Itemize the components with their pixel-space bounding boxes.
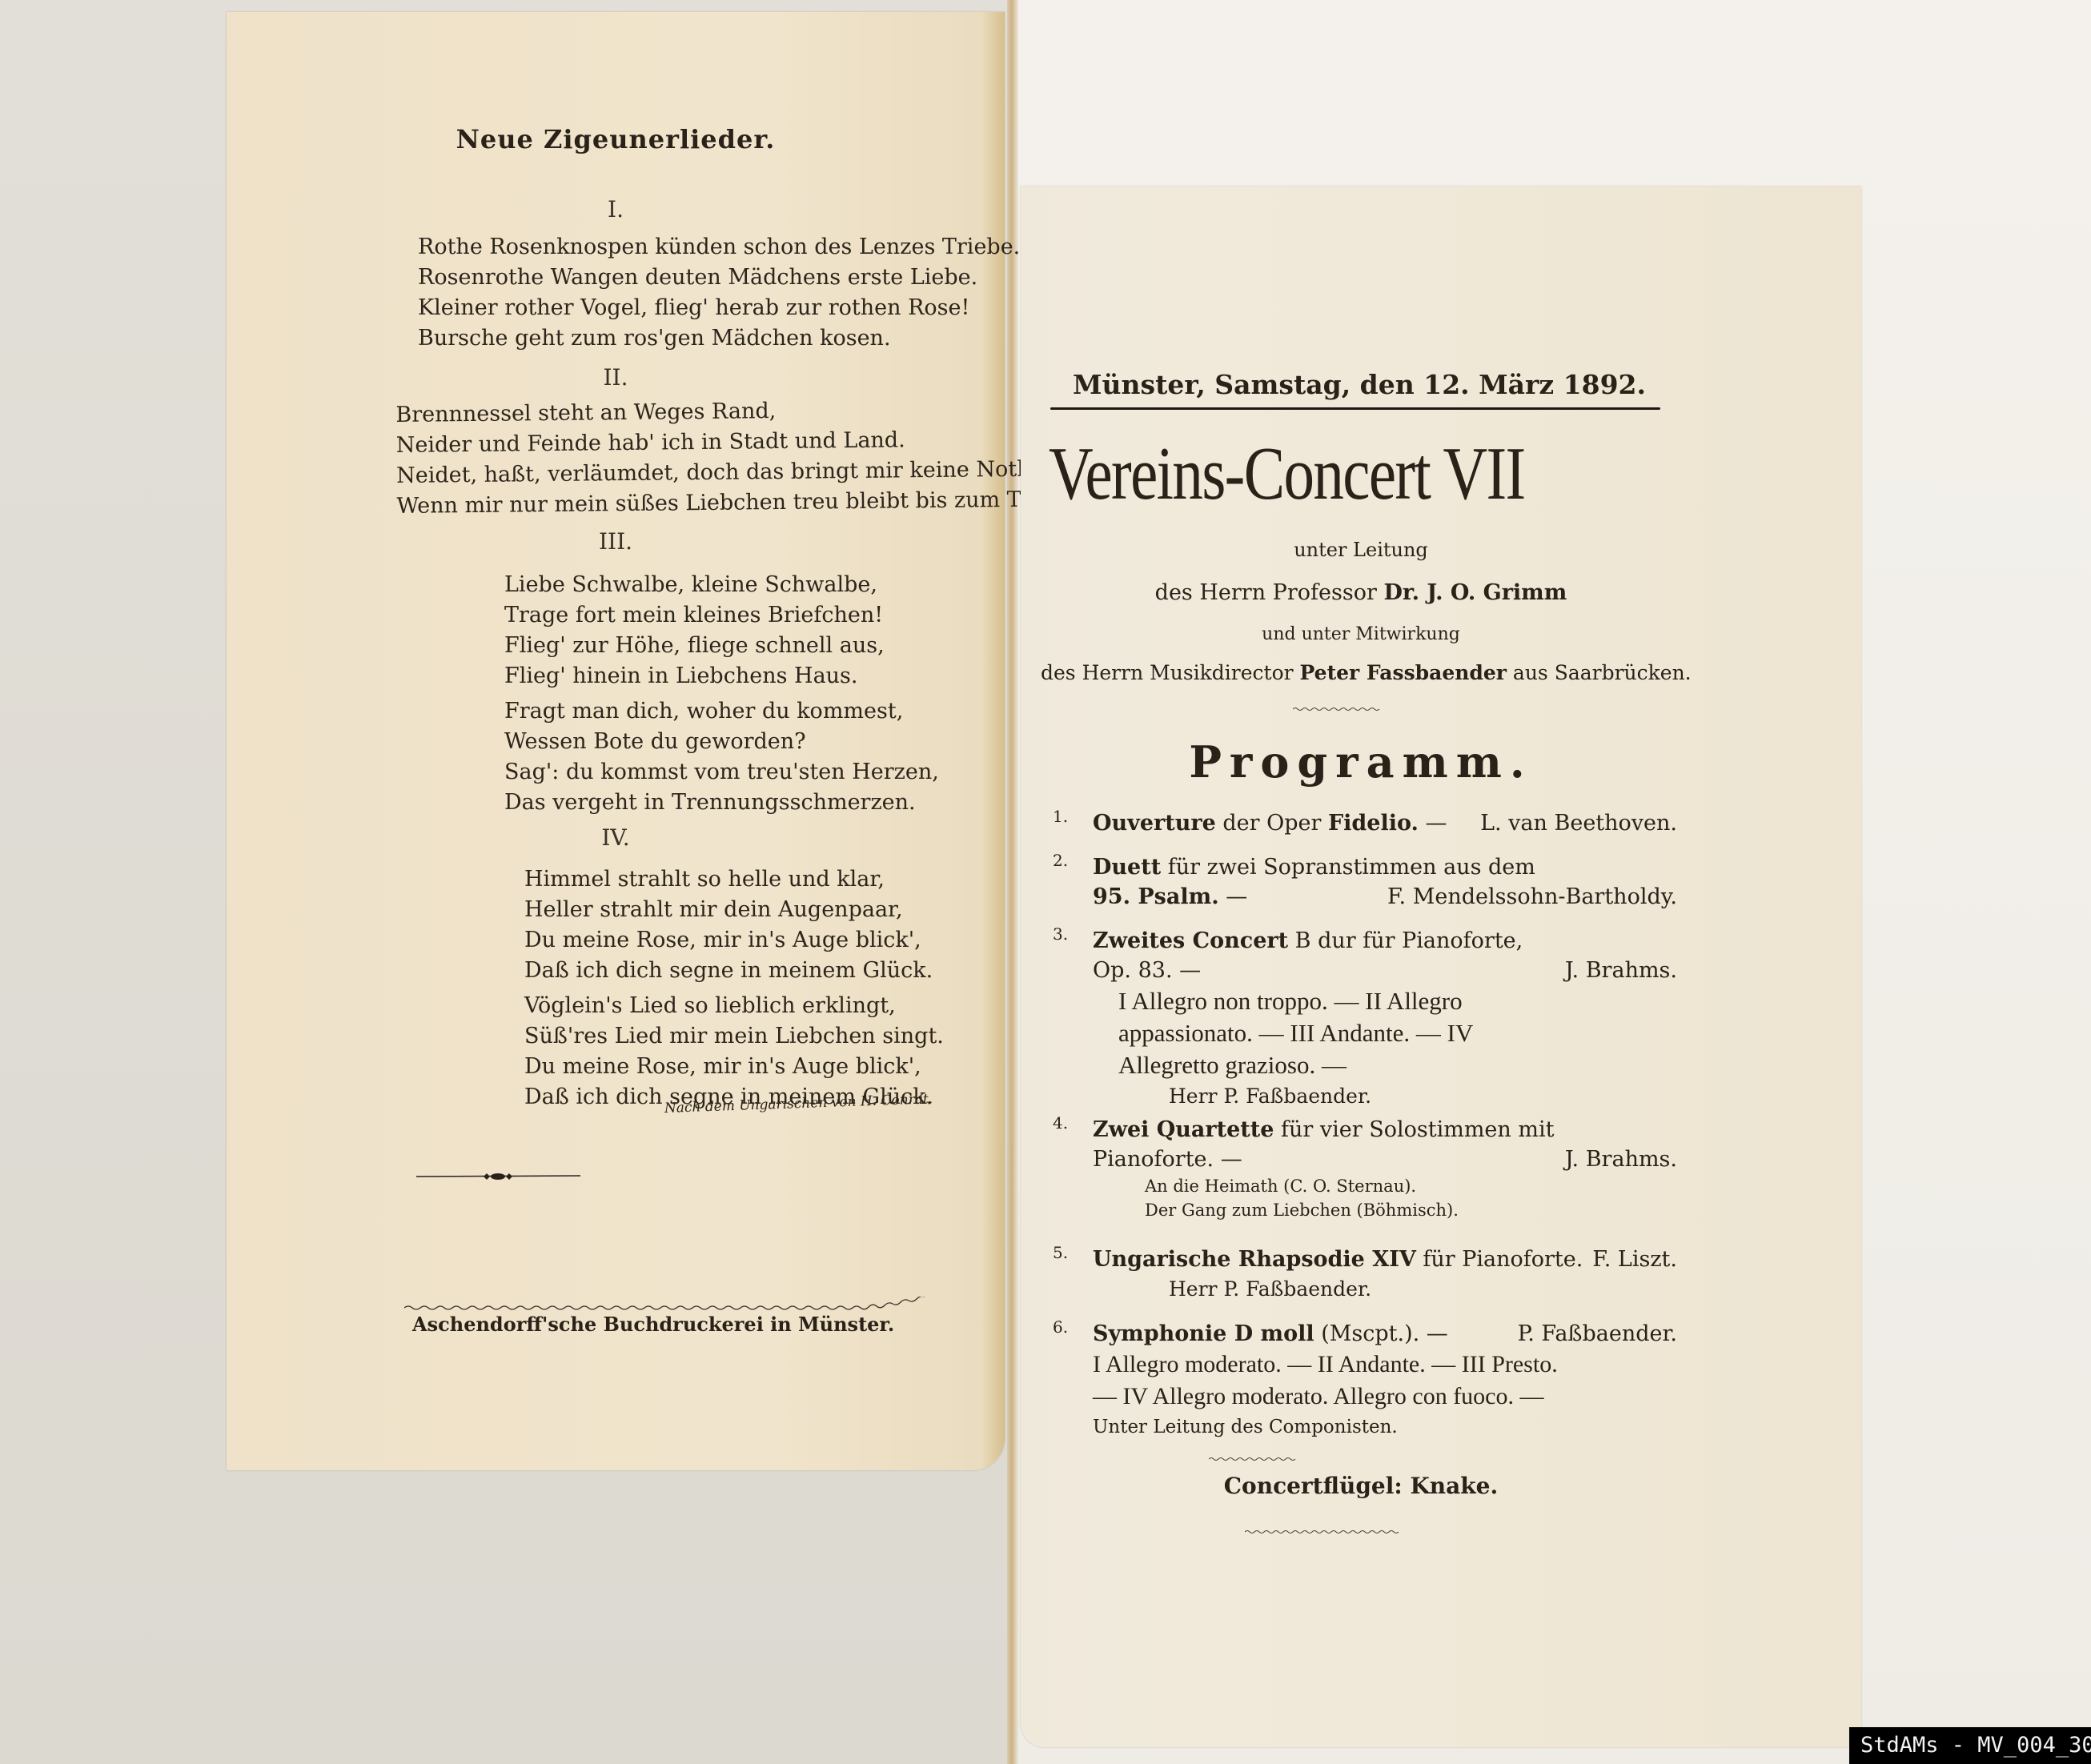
verse-line: Bursche geht zum ros'gen Mädchen kosen. bbox=[418, 323, 1020, 354]
wavy-rule-icon bbox=[404, 1297, 1001, 1311]
stanza-2-1: Brennnessel steht an Weges Rand, Neider … bbox=[395, 393, 1054, 522]
song-title: An die Heimath (C. O. Sternau). bbox=[1145, 1174, 1677, 1198]
direction-prefix: des Herrn Musikdirector bbox=[1041, 661, 1300, 684]
item-line: Zwei Quartette für vier Solostimmen mit bbox=[1093, 1115, 1677, 1145]
song-title: Der Gang zum Liebchen (Böhmisch). bbox=[1145, 1198, 1677, 1222]
verse-line: Süß'res Lied mir mein Liebchen singt. bbox=[524, 1021, 944, 1052]
wavy-divider-icon bbox=[1209, 1456, 1298, 1462]
printer-imprint: Aschendorff'sche Buchdruckerei in Münste… bbox=[412, 1313, 973, 1336]
work-text: — bbox=[1219, 884, 1248, 909]
programme-item-4: 4. Zwei Quartette für vier Solostimmen m… bbox=[1053, 1115, 1677, 1222]
composer-name: F. Mendelssohn-Bartholdy. bbox=[1387, 882, 1677, 912]
header-rule bbox=[1050, 407, 1660, 410]
verse-line: Wessen Bote du geworden? bbox=[504, 727, 939, 757]
section-numeral-3: III. bbox=[227, 528, 1005, 555]
item-number: 5. bbox=[1053, 1238, 1068, 1268]
movement-line: Allegretto grazioso. — bbox=[1118, 1049, 1677, 1081]
verse-line: Liebe Schwalbe, kleine Schwalbe, bbox=[504, 570, 885, 600]
stanza-1-1: Rothe Rosenknospen künden schon des Lenz… bbox=[418, 232, 1020, 354]
verse-line: Trage fort mein kleines Briefchen! bbox=[504, 600, 885, 631]
movement-line: I Allegro non troppo. — II Allegro bbox=[1118, 985, 1677, 1017]
wavy-divider-icon bbox=[1245, 1529, 1401, 1535]
left-page-title: Neue Zigeunerlieder. bbox=[227, 124, 1005, 154]
work-title: Ungarische Rhapsodie XIV bbox=[1093, 1247, 1416, 1272]
stanza-3-1: Liebe Schwalbe, kleine Schwalbe, Trage f… bbox=[504, 570, 885, 692]
archive-label: StdAMs - MV_004_308 bbox=[1849, 1727, 2091, 1764]
item-line: Ungarische Rhapsodie XIV für Pianoforte. bbox=[1093, 1245, 1677, 1274]
programme-item-1: 1. Ouverture der Oper Fidelio. — L. van … bbox=[1053, 808, 1677, 838]
work-title: 95. Psalm. bbox=[1093, 884, 1219, 909]
wavy-divider-icon bbox=[1293, 706, 1381, 712]
work-title: Fidelio. bbox=[1328, 811, 1419, 836]
performer: Herr P. Faßbaender. bbox=[1169, 1274, 1677, 1304]
work-title: Duett bbox=[1093, 855, 1161, 880]
programme-item-2: 2. Duett für zwei Sopranstimmen aus dem … bbox=[1053, 852, 1677, 912]
item-line: Zweites Concert B dur für Pianoforte, bbox=[1093, 926, 1677, 956]
verse-line: Fragt man dich, woher du kommest, bbox=[504, 696, 939, 727]
work-title: Zwei Quartette bbox=[1093, 1117, 1274, 1142]
work-text: für Pianoforte. bbox=[1416, 1247, 1583, 1272]
stanza-4-1: Himmel strahlt so helle und klar, Heller… bbox=[524, 864, 933, 986]
soloist-name: Peter Fassbaender bbox=[1300, 661, 1507, 684]
programme-item-3: 3. Zweites Concert B dur für Pianoforte,… bbox=[1053, 926, 1677, 1111]
section-numeral-1: I. bbox=[227, 196, 1005, 223]
verse-line: Rosenrothe Wangen deuten Mädchens erste … bbox=[418, 263, 1020, 293]
direction-line-1: unter Leitung bbox=[1041, 539, 1681, 561]
verse-line: Daß ich dich segne in meinem Glück. bbox=[524, 956, 933, 986]
verse-line: Du meine Rose, mir in's Auge blick', bbox=[524, 925, 933, 956]
concert-title: Vereins-Concert VII bbox=[1049, 436, 1574, 511]
item-number: 4. bbox=[1053, 1109, 1068, 1138]
direction-suffix: aus Saarbrücken. bbox=[1507, 661, 1692, 684]
verse-line: Sag': du kommst vom treu'sten Herzen, bbox=[504, 757, 939, 788]
work-text: Pianoforte. — bbox=[1093, 1147, 1242, 1172]
verse-line: Das vergeht in Trennungsschmerzen. bbox=[504, 788, 939, 818]
verse-line: Du meine Rose, mir in's Auge blick', bbox=[524, 1052, 944, 1082]
item-number: 2. bbox=[1053, 846, 1068, 876]
item-line: Duett für zwei Sopranstimmen aus dem bbox=[1093, 852, 1677, 882]
work-title: Ouverture bbox=[1093, 811, 1216, 836]
verse-line: Heller strahlt mir dein Augenpaar, bbox=[524, 895, 933, 925]
composer-name: F. Liszt. bbox=[1592, 1245, 1677, 1274]
composer-name: P. Faßbaender. bbox=[1518, 1319, 1677, 1349]
programme-item-5: 5. Ungarische Rhapsodie XIV für Pianofor… bbox=[1053, 1245, 1677, 1304]
work-text: (Mscpt.). — bbox=[1314, 1321, 1448, 1346]
programme-item-6: 6. Symphonie D moll (Mscpt.). — P. Faßba… bbox=[1053, 1319, 1677, 1442]
verse-line: Kleiner rother Vogel, flieg' herab zur r… bbox=[418, 293, 1020, 323]
verse-line: Flieg' hinein in Liebchens Haus. bbox=[504, 661, 885, 692]
work-text: B dur für Pianoforte, bbox=[1288, 928, 1523, 953]
item-number: 6. bbox=[1053, 1313, 1068, 1342]
conductor-note: Unter Leitung des Componisten. bbox=[1093, 1413, 1677, 1442]
movement-line: appassionato. — III Andante. — IV bbox=[1118, 1017, 1677, 1049]
direction-line-4: des Herrn Musikdirector Peter Fassbaende… bbox=[1041, 661, 1681, 684]
work-text: der Oper bbox=[1216, 811, 1328, 836]
verse-line: Flieg' zur Höhe, fliege schnell aus, bbox=[504, 631, 885, 661]
direction-prefix: des Herrn Professor bbox=[1155, 580, 1384, 605]
section-numeral-4: IV. bbox=[227, 824, 1005, 851]
ornament-divider-icon bbox=[416, 1173, 580, 1181]
direction-line-2: des Herrn Professor Dr. J. O. Grimm bbox=[1041, 580, 1681, 605]
work-text: Op. 83. — bbox=[1093, 958, 1201, 983]
date-line: Münster, Samstag, den 12. März 1892. bbox=[1055, 369, 1664, 400]
item-number: 3. bbox=[1053, 920, 1068, 949]
conductor-name: Dr. J. O. Grimm bbox=[1383, 580, 1567, 605]
movement-line: I Allegro moderato. — II Andante. — III … bbox=[1093, 1349, 1677, 1381]
section-numeral-2: II. bbox=[227, 364, 1005, 391]
composer-name: J. Brahms. bbox=[1565, 1145, 1677, 1174]
stanza-3-2: Fragt man dich, woher du kommest, Wessen… bbox=[504, 696, 939, 818]
work-title: Zweites Concert bbox=[1093, 928, 1288, 953]
verse-line: Rothe Rosenknospen künden schon des Lenz… bbox=[418, 232, 1020, 263]
direction-line-3: und unter Mitwirkung bbox=[1041, 624, 1681, 644]
work-text: für zwei Sopranstimmen aus dem bbox=[1161, 855, 1535, 880]
work-title: Symphonie D moll bbox=[1093, 1321, 1314, 1346]
verse-line: Himmel strahlt so helle und klar, bbox=[524, 864, 933, 895]
verse-line: Vöglein's Lied so lieblich erklingt, bbox=[524, 991, 944, 1021]
work-text: — bbox=[1419, 811, 1447, 836]
composer-name: J. Brahms. bbox=[1565, 956, 1677, 985]
piano-credit: Concertflügel: Knake. bbox=[1041, 1473, 1681, 1499]
performer: Herr P. Faßbaender. bbox=[1169, 1081, 1677, 1111]
movement-line: — IV Allegro moderato. Allegro con fuoco… bbox=[1093, 1381, 1677, 1413]
item-number: 1. bbox=[1053, 802, 1068, 832]
work-text: für vier Solostimmen mit bbox=[1274, 1117, 1554, 1142]
composer-name: L. van Beethoven. bbox=[1480, 808, 1677, 838]
programme-heading: Programm. bbox=[1041, 736, 1681, 788]
